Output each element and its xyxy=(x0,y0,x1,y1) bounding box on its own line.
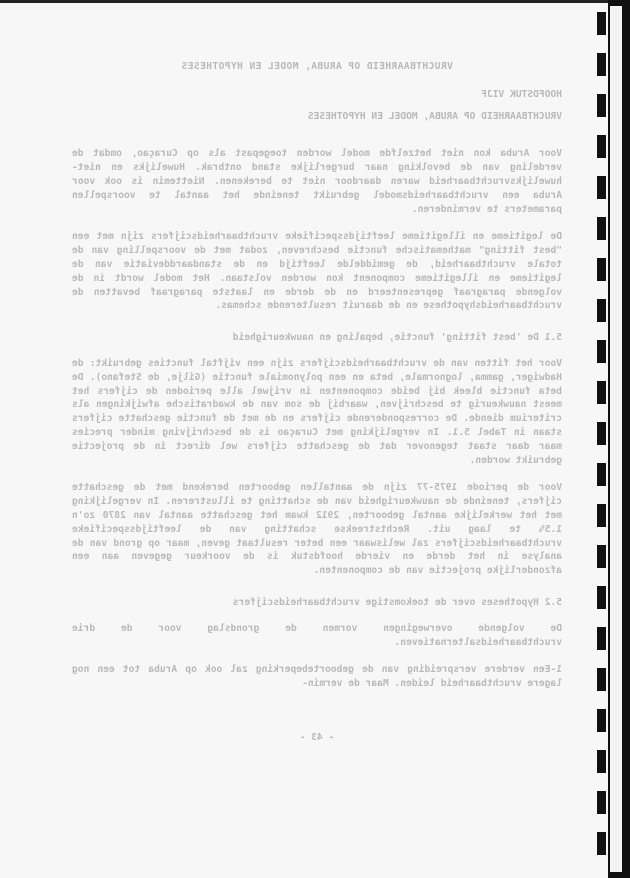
binding-hole xyxy=(597,381,606,404)
binding-hole xyxy=(597,709,606,732)
binding-hole xyxy=(597,832,606,855)
binding-hole xyxy=(597,135,606,158)
page-number: - 43 - xyxy=(72,731,562,745)
binding-hole xyxy=(597,217,606,240)
running-header: VRUCHTBAARHEID OP ARUBA, MODEL EN HYPOTH… xyxy=(72,60,562,74)
binding-hole xyxy=(597,627,606,650)
chapter-title: VRUCHTBAARHEID OP ARUBA, MODEL EN HYPOTH… xyxy=(72,110,562,124)
spiral-binding-holes xyxy=(597,0,609,878)
binding-hole xyxy=(597,668,606,691)
chapter-label: HOOFDSTUK VIJF xyxy=(72,88,562,102)
paragraph-5-2-b: 1-Een verdere verspreiding van de geboor… xyxy=(72,663,562,691)
paragraph-intro-1: Voor Aruba kon niet hetzelfde model word… xyxy=(72,147,562,216)
binding-hole xyxy=(597,463,606,486)
binding-hole xyxy=(597,545,606,568)
paragraph-intro-2: De legitieme en illegitieme leeftijdsspe… xyxy=(72,230,562,313)
binding-hole xyxy=(597,791,606,814)
binding-hole xyxy=(597,176,606,199)
binding-hole xyxy=(597,340,606,363)
binding-hole xyxy=(597,299,606,322)
paragraph-5-1-a: Voor het fitten van de vruchtbaarheidsci… xyxy=(72,357,562,467)
binding-hole xyxy=(597,53,606,76)
scan-border-right xyxy=(608,0,630,878)
binding-hole xyxy=(597,258,606,281)
section-heading-5-1: 5.1 De 'best fitting' functie, bepaling … xyxy=(72,331,562,345)
binding-hole xyxy=(597,94,606,117)
scan-border-inner xyxy=(610,6,622,872)
paragraph-5-1-b: Voor de periode 1975-77 zijn de aantalle… xyxy=(72,481,562,578)
binding-hole xyxy=(597,750,606,773)
binding-hole xyxy=(597,504,606,527)
binding-hole xyxy=(597,586,606,609)
binding-hole xyxy=(597,12,606,35)
section-heading-5-2: 5.2 Hypotheses over de toekomstige vruch… xyxy=(72,596,562,610)
scan-border-top xyxy=(0,0,630,3)
bleed-through-text: VRUCHTBAARHEID OP ARUBA, MODEL EN HYPOTH… xyxy=(72,60,562,745)
binding-hole xyxy=(597,422,606,445)
paragraph-5-2-a: De volgende overwegingen vormen de grond… xyxy=(72,622,562,650)
